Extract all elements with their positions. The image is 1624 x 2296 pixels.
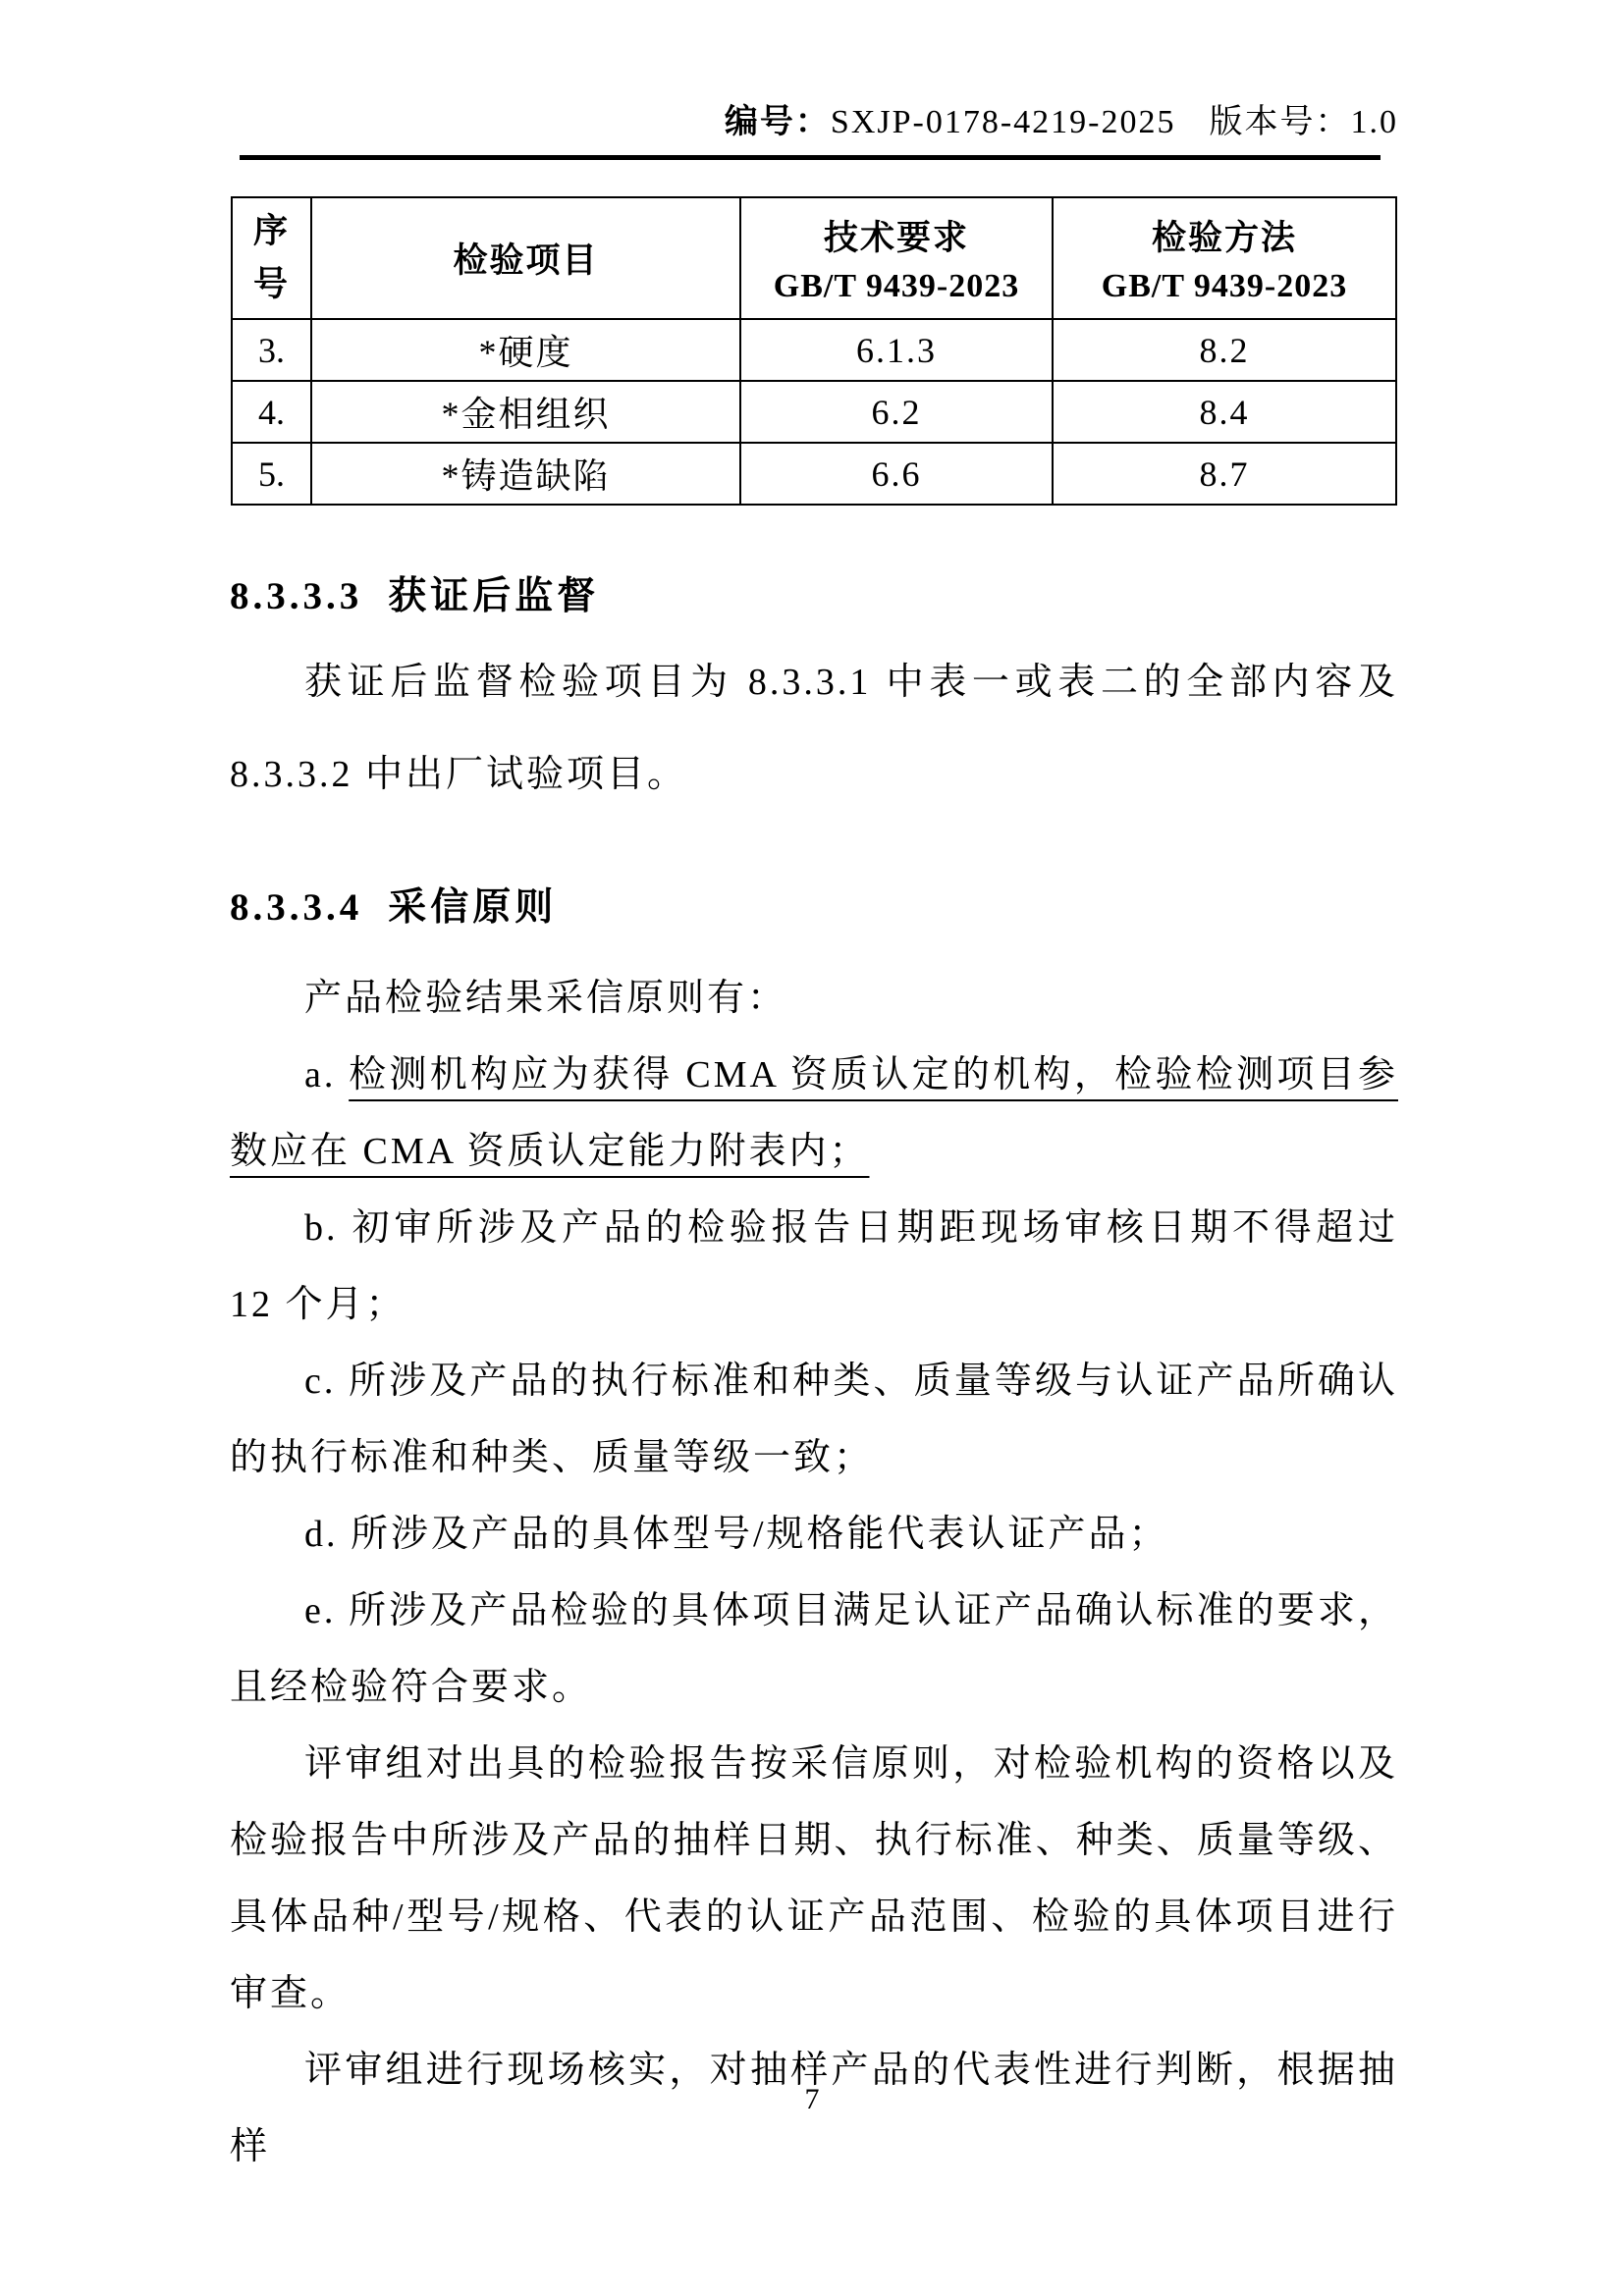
header-label-requirement: 技术要求: [741, 211, 1052, 260]
table-row: 5. *铸造缺陷 6.6 8.7: [232, 443, 1396, 505]
table-cell-method: 8.4: [1053, 381, 1396, 443]
header-label-no: 序号: [250, 205, 294, 312]
document-header: 编号：SXJP-0178-4219-2025版本号：1.0: [226, 94, 1398, 142]
table-cell-item: *铸造缺陷: [311, 443, 740, 505]
doc-code-value: SXJP-0178-4219-2025: [831, 104, 1176, 140]
table-header-row: 序号 检验项目 技术要求 GB/T 9439-2023 检验方法 GB/T 94…: [232, 197, 1396, 319]
list-item-a: a. 检测机构应为获得 CMA 资质认定的机构，检验检测项目参数应在 CMA 资…: [230, 1037, 1398, 1190]
section-number: 8.3.3.3: [230, 575, 362, 617]
table-cell-requirement: 6.6: [740, 443, 1053, 505]
table-cell-item: *硬度: [311, 319, 740, 381]
header-label-method: 检验方法: [1054, 211, 1395, 260]
doc-code-label: 编号：: [725, 103, 831, 140]
header-cell-method: 检验方法 GB/T 9439-2023: [1053, 197, 1396, 319]
header-sublabel-method: GB/T 9439-2023: [1054, 268, 1395, 305]
table-cell-requirement: 6.2: [740, 381, 1053, 443]
header-cell-no: 序号: [232, 197, 311, 319]
header-label-item: 检验项目: [453, 241, 598, 280]
header-cell-requirement: 技术要求 GB/T 9439-2023: [740, 197, 1053, 319]
section-title: 获证后监督: [388, 575, 599, 617]
doc-version-label: 版本号：: [1210, 104, 1351, 140]
header-divider-rule: [240, 155, 1380, 160]
document-page: 编号：SXJP-0178-4219-2025版本号：1.0 序号 检验项目 技术…: [0, 0, 1624, 2296]
list-item-a-text: 检测机构应为获得 CMA 资质认定的机构，检验检测项目参数应在 CMA 资质认定…: [230, 1054, 1398, 1172]
list-item-a-prefix: a.: [304, 1054, 349, 1095]
paragraph-intro: 产品检验结果采信原则有：: [230, 960, 1398, 1037]
inspection-items-table: 序号 检验项目 技术要求 GB/T 9439-2023 检验方法 GB/T 94…: [231, 196, 1397, 506]
table-cell-no: 5.: [232, 443, 311, 505]
table-cell-method: 8.7: [1053, 443, 1396, 505]
paragraph-review: 评审组对出具的检验报告按采信原则，对检验机构的资格以及检验报告中所涉及产品的抽样…: [230, 1726, 1398, 2032]
table-row: 3. *硬度 6.1.3 8.2: [232, 319, 1396, 381]
list-item-e: e. 所涉及产品检验的具体项目满足认证产品确认标准的要求，且经检验符合要求。: [230, 1573, 1398, 1726]
section-8334-body: 产品检验结果采信原则有： a. 检测机构应为获得 CMA 资质认定的机构，检验检…: [230, 960, 1398, 2185]
table-cell-method: 8.2: [1053, 319, 1396, 381]
header-cell-item: 检验项目: [311, 197, 740, 319]
table-cell-item: *金相组织: [311, 381, 740, 443]
doc-version-value: 1.0: [1351, 104, 1399, 140]
table-cell-no: 4.: [232, 381, 311, 443]
page-number: 7: [0, 2083, 1624, 2116]
table-cell-no: 3.: [232, 319, 311, 381]
paragraph-supervision: 获证后监督检验项目为 8.3.3.1 中表一或表二的全部内容及 8.3.3.2 …: [230, 636, 1398, 821]
header-sublabel-requirement: GB/T 9439-2023: [741, 268, 1052, 305]
section-heading-8334: 8.3.3.4采信原则: [230, 877, 1398, 932]
list-item-d: d. 所涉及产品的具体型号/规格能代表认证产品；: [230, 1496, 1398, 1573]
section-title: 采信原则: [388, 886, 557, 929]
list-item-c: c. 所涉及产品的执行标准和种类、质量等级与认证产品所确认的执行标准和种类、质量…: [230, 1343, 1398, 1496]
section-heading-8333: 8.3.3.3获证后监督: [230, 565, 1398, 620]
list-item-b: b. 初审所涉及产品的检验报告日期距现场审核日期不得超过 12 个月；: [230, 1190, 1398, 1343]
section-8333-body: 获证后监督检验项目为 8.3.3.1 中表一或表二的全部内容及 8.3.3.2 …: [230, 636, 1398, 821]
table-row: 4. *金相组织 6.2 8.4: [232, 381, 1396, 443]
table-cell-requirement: 6.1.3: [740, 319, 1053, 381]
section-number: 8.3.3.4: [230, 886, 362, 929]
